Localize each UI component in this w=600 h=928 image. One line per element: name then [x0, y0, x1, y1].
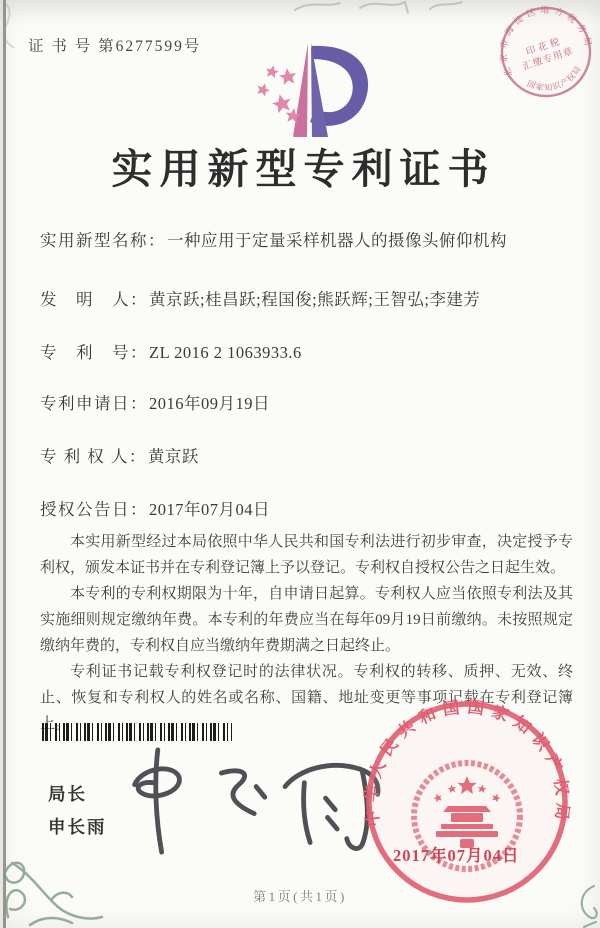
field-filing-date: 专利申请日：2016年09月19日: [40, 390, 270, 414]
signer-name: 申长雨: [48, 814, 107, 839]
signer-title: 局长: [48, 781, 87, 806]
cnipa-logo-icon: [248, 40, 383, 145]
commissioner-signature: [125, 742, 395, 862]
field-value: 2016年09月19日: [149, 394, 270, 413]
seal-date: 2017年07月04日: [393, 842, 520, 866]
field-label: 专 利 权 人：: [40, 447, 147, 466]
cnipa-office-seal: 中华人民共和国国家知识产权局: [360, 695, 574, 909]
field-label: 发 明 人：: [40, 290, 148, 309]
field-label: 专 利 号：: [40, 343, 148, 362]
logo-stars: [255, 64, 302, 124]
field-inventors: 发 明 人：黄京跃;桂昌跃;程国俊;熊跃辉;王智弘;李建芳: [40, 286, 480, 310]
field-label: 实用新型名称：: [40, 231, 166, 250]
corner-ornament-bottom-right: [572, 882, 600, 928]
field-value: ZL 2016 2 1063933.6: [149, 343, 302, 362]
field-label: 授权公告日：: [40, 500, 148, 519]
barcode: [42, 723, 232, 741]
stamp-tax-seal: 北京市海淀区地方税务局 国家知识产权局 印花税 汇缴专用章: [498, 4, 594, 100]
cutoff-handwriting-marks: [290, 0, 470, 14]
field-value: 2017年07月04日: [149, 500, 270, 519]
certificate-number: 证 书 号 第6277599号: [28, 34, 201, 56]
corner-ornament-top-left: [0, 0, 18, 50]
corner-ornament-bottom-left: [0, 855, 115, 928]
certificate-title: 实用新型专利证书: [0, 136, 600, 195]
legal-paragraph: 本实用新型经过本局依照中华人民共和国专利法进行初步审查，决定授予专利权，颁发本证…: [40, 529, 573, 581]
field-label: 专利申请日：: [40, 394, 148, 413]
legal-paragraph: 本专利的专利权期限为十年，自申请日起算。专利权人应当依照专利法及其实施细则规定缴…: [40, 581, 573, 659]
field-patentee: 专 利 权 人：黄京跃: [40, 443, 199, 467]
field-grant-date: 授权公告日：2017年07月04日: [40, 496, 270, 520]
field-value: 一种应用于定量采样机器人的摄像头俯仰机构: [167, 231, 507, 250]
patent-certificate-page: 证 书 号 第6277599号 北京市海淀区地方税务局 国家知识产权局 印花税 …: [0, 0, 600, 928]
field-patent-number: 专 利 号：ZL 2016 2 1063933.6: [40, 339, 302, 363]
field-utility-model-name: 实用新型名称：一种应用于定量采样机器人的摄像头俯仰机构: [40, 227, 507, 251]
field-value: 黄京跃: [148, 447, 199, 466]
logo-spire-left: [293, 43, 308, 137]
field-value: 黄京跃;桂昌跃;程国俊;熊跃辉;王智弘;李建芳: [149, 290, 480, 309]
